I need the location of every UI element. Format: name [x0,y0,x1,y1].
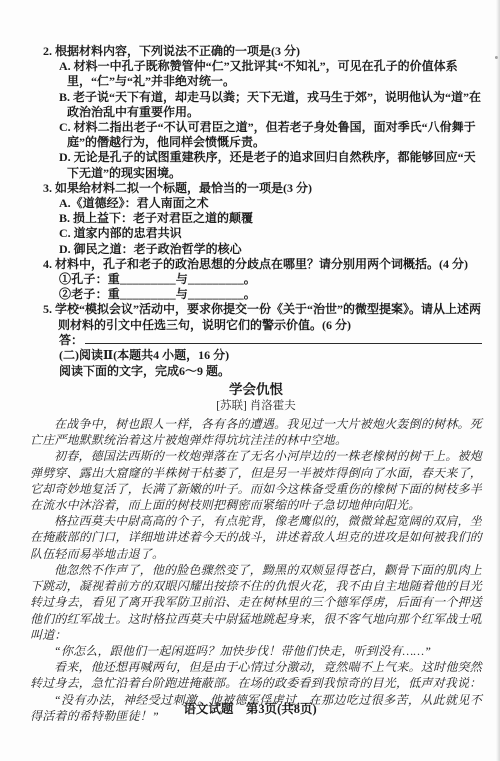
page-footer: 语文试题 第3页(共8页) [0,699,500,717]
reading-section: (二)阅读Ⅱ(本题共4 小题，16 分) 阅读下面的文字，完成6～9 题。 学会… [30,348,482,724]
reading-section-heading: (二)阅读Ⅱ(本题共4 小题，16 分) [59,348,482,363]
question-2-option-d: D. 无论是孔子的试图重建秩序，还是老子的追求回归自然秩序，都能够回应“天下无道… [59,150,482,180]
question-3: 3. 如果给材料二拟一个标题，最恰当的一项是(3 分) A.《道德经》：君人南面… [30,181,482,257]
question-2: 2. 根据材料内容，下列说法不正确的一项是(3 分) A. 材料一中孔子既称赞管… [30,44,482,181]
reading-paragraph-1: 在战争中，树也跟人一样，各有各的遭遇。我见过一大片被炮火轰倒的树林。死亡庄严地默… [30,416,482,448]
answer-label: 答： [59,333,83,348]
answer-blank-line [85,333,482,344]
reading-paragraph-2: 初春，德国法西斯的一枚炮弹落在了无名小河岸边的一株老橡树的树干上。被炮弹劈穿、露… [30,448,482,513]
question-5-stem: 5. 学校“模拟会议”活动中，要求你提交一份《关于“治世”的微型提案》。请从上述… [43,302,482,332]
exam-content: 2. 根据材料内容，下列说法不正确的一项是(3 分) A. 材料一中孔子既称赞管… [0,0,500,724]
reading-paragraph-4: 他忽然不作声了，他的脸色骤然变了，黝黑的双颊显得苍白，颧骨下面的肌肉上下跳动，凝… [30,562,482,643]
question-3-stem: 3. 如果给材料二拟一个标题，最恰当的一项是(3 分) [43,181,482,196]
question-4-stem: 4. 材料中，孔子和老子的政治思想的分歧点在哪里？请分别用两个词概括。(4 分) [43,257,482,272]
question-2-option-c: C. 材料二指出老子“不认可君臣之道”，但若老子身处鲁国，面对季氏“八佾舞于庭”… [59,120,482,150]
question-4: 4. 材料中，孔子和老子的政治思想的分歧点在哪里？请分别用两个词概括。(4 分)… [30,257,482,303]
question-2-option-b: B. 老子说“天下有道，却走马以粪；天下无道，戎马生于郊”，说明他认为“道”在政… [59,90,482,120]
question-2-option-a: A. 材料一中孔子既称赞管仲“仁”又批评其“不知礼”，可见在孔子的价值体系里，“… [59,59,482,89]
scan-artifact-speck [495,56,498,59]
exam-page-scan: 2. 根据材料内容，下列说法不正确的一项是(3 分) A. 材料一中孔子既称赞管… [0,0,500,761]
reading-author: [苏联] 肖洛霍夫 [30,399,482,414]
reading-title: 学会仇恨 [30,382,482,398]
reading-paragraph-6: 看来，他还想再喊两句，但是由于心情过分激动，竟然喘不上气来。这时他突然转过身去，… [30,659,482,691]
question-2-stem: 2. 根据材料内容，下列说法不正确的一项是(3 分) [43,44,482,59]
reading-paragraph-5-dialogue: “你怎么，跟他们一起闲逛吗？加快步伐！带他们快走，听到没有……” [30,643,482,659]
question-3-option-b: B. 损上益下：老子对君臣之道的颠覆 [59,211,482,226]
question-3-option-d: D. 御民之道：老子政治哲学的核心 [59,242,482,257]
reading-instruction: 阅读下面的文字，完成6～9 题。 [59,364,482,379]
question-4-blank-laozi: ②老子：重_________与_________。 [59,287,482,302]
question-4-blank-kongzi: ①孔子：重_________与_________。 [59,272,482,287]
question-3-option-a: A.《道德经》：君人南面之术 [59,196,482,211]
question-5: 5. 学校“模拟会议”活动中，要求你提交一份《关于“治世”的微型提案》。请从上述… [30,302,482,348]
question-5-answer-row: 答： [59,333,482,348]
question-3-option-c: C. 道家内部的忠君共识 [59,226,482,241]
reading-paragraph-3: 格拉西莫夫中尉高高的个子，有点驼背，像老鹰似的，微微耸起宽阔的双肩，坐在掩蔽部的… [30,513,482,562]
